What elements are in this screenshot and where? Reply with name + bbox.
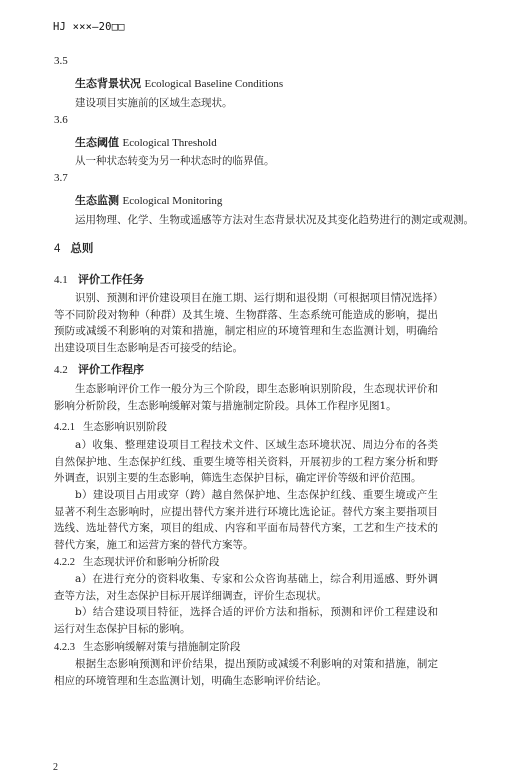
subsection-number: 4.2 [54,364,78,376]
subsection-heading: 4.2评价工作程序 [54,361,144,377]
paragraph: 识别、预测和评价建设项目在施工期、运行期和退役期（可根据项目情况选择）等不同阶段… [54,290,438,357]
clause-heading: 4.2.3生态影响缓解对策与措施制定阶段 [54,639,241,654]
subsection-heading: 4.1评价工作任务 [54,271,144,287]
page-number: 2 [53,762,58,773]
term-number: 3.5 [54,55,68,67]
list-item-a: a）在进行充分的资料收集、专家和公众咨询基础上，综合利用遥感、野外调查等方法，对… [54,571,438,604]
term-title-zh: 生态背景状况 [75,77,141,90]
paragraph: 生态影响评价工作一般分为三个阶段，即生态影响识别阶段，生态现状评价和影响分析阶段… [54,381,438,414]
term-title-en: Ecological Monitoring [123,195,223,207]
term-title: 生态阈值 Ecological Threshold [75,134,217,150]
section-title: 总则 [70,241,93,255]
term-definition: 从一种状态转变为另一种状态时的临界值。 [75,153,275,168]
term-title-en: Ecological Threshold [123,137,217,149]
list-item-b: b）结合建设项目特征，选择合适的评价方法和指标，预测和评价工程建设和运行对生态保… [54,604,438,637]
term-title-en: Ecological Baseline Conditions [145,78,284,90]
list-item-a: a）收集、整理建设项目工程技术文件、区域生态环境状况、周边分布的各类自然保护地、… [54,437,438,487]
term-definition: 建设项目实施前的区域生态现状。 [75,95,233,110]
term-title-zh: 生态阈值 [75,136,119,149]
clause-title: 生态影响识别阶段 [83,421,167,433]
clause-title: 生态影响缓解对策与措施制定阶段 [83,641,241,653]
clause-heading: 4.2.1生态影响识别阶段 [54,419,167,434]
term-title: 生态监测 Ecological Monitoring [75,192,222,208]
standard-code-header: HJ ×××—20□□ [53,21,125,33]
list-item-b: b）建设项目占用或穿（跨）越自然保护地、生态保护红线、重要生境或产生显著不利生态… [54,487,438,554]
term-definition: 运用物理、化学、生物或遥感等方法对生态背景状况及其变化趋势进行的测定或观测。 [75,212,474,227]
term-title: 生态背景状况 Ecological Baseline Conditions [75,75,283,91]
subsection-number: 4.1 [54,274,78,286]
term-number: 3.6 [54,114,68,126]
clause-number: 4.2.3 [54,642,83,653]
clause-title: 生态现状评价和影响分析阶段 [83,556,220,568]
term-number: 3.7 [54,172,68,184]
clause-number: 4.2.2 [54,557,83,568]
section-number: 4 [54,243,60,255]
clause-number: 4.2.1 [54,422,83,433]
subsection-title: 评价工作任务 [78,273,144,286]
clause-heading: 4.2.2生态现状评价和影响分析阶段 [54,554,220,569]
paragraph: 根据生态影响预测和评价结果，提出预防或减缓不利影响的对策和措施，制定相应的环境管… [54,656,438,689]
section-heading: 4总则 [54,240,93,256]
term-title-zh: 生态监测 [75,194,119,207]
subsection-title: 评价工作程序 [78,363,144,376]
